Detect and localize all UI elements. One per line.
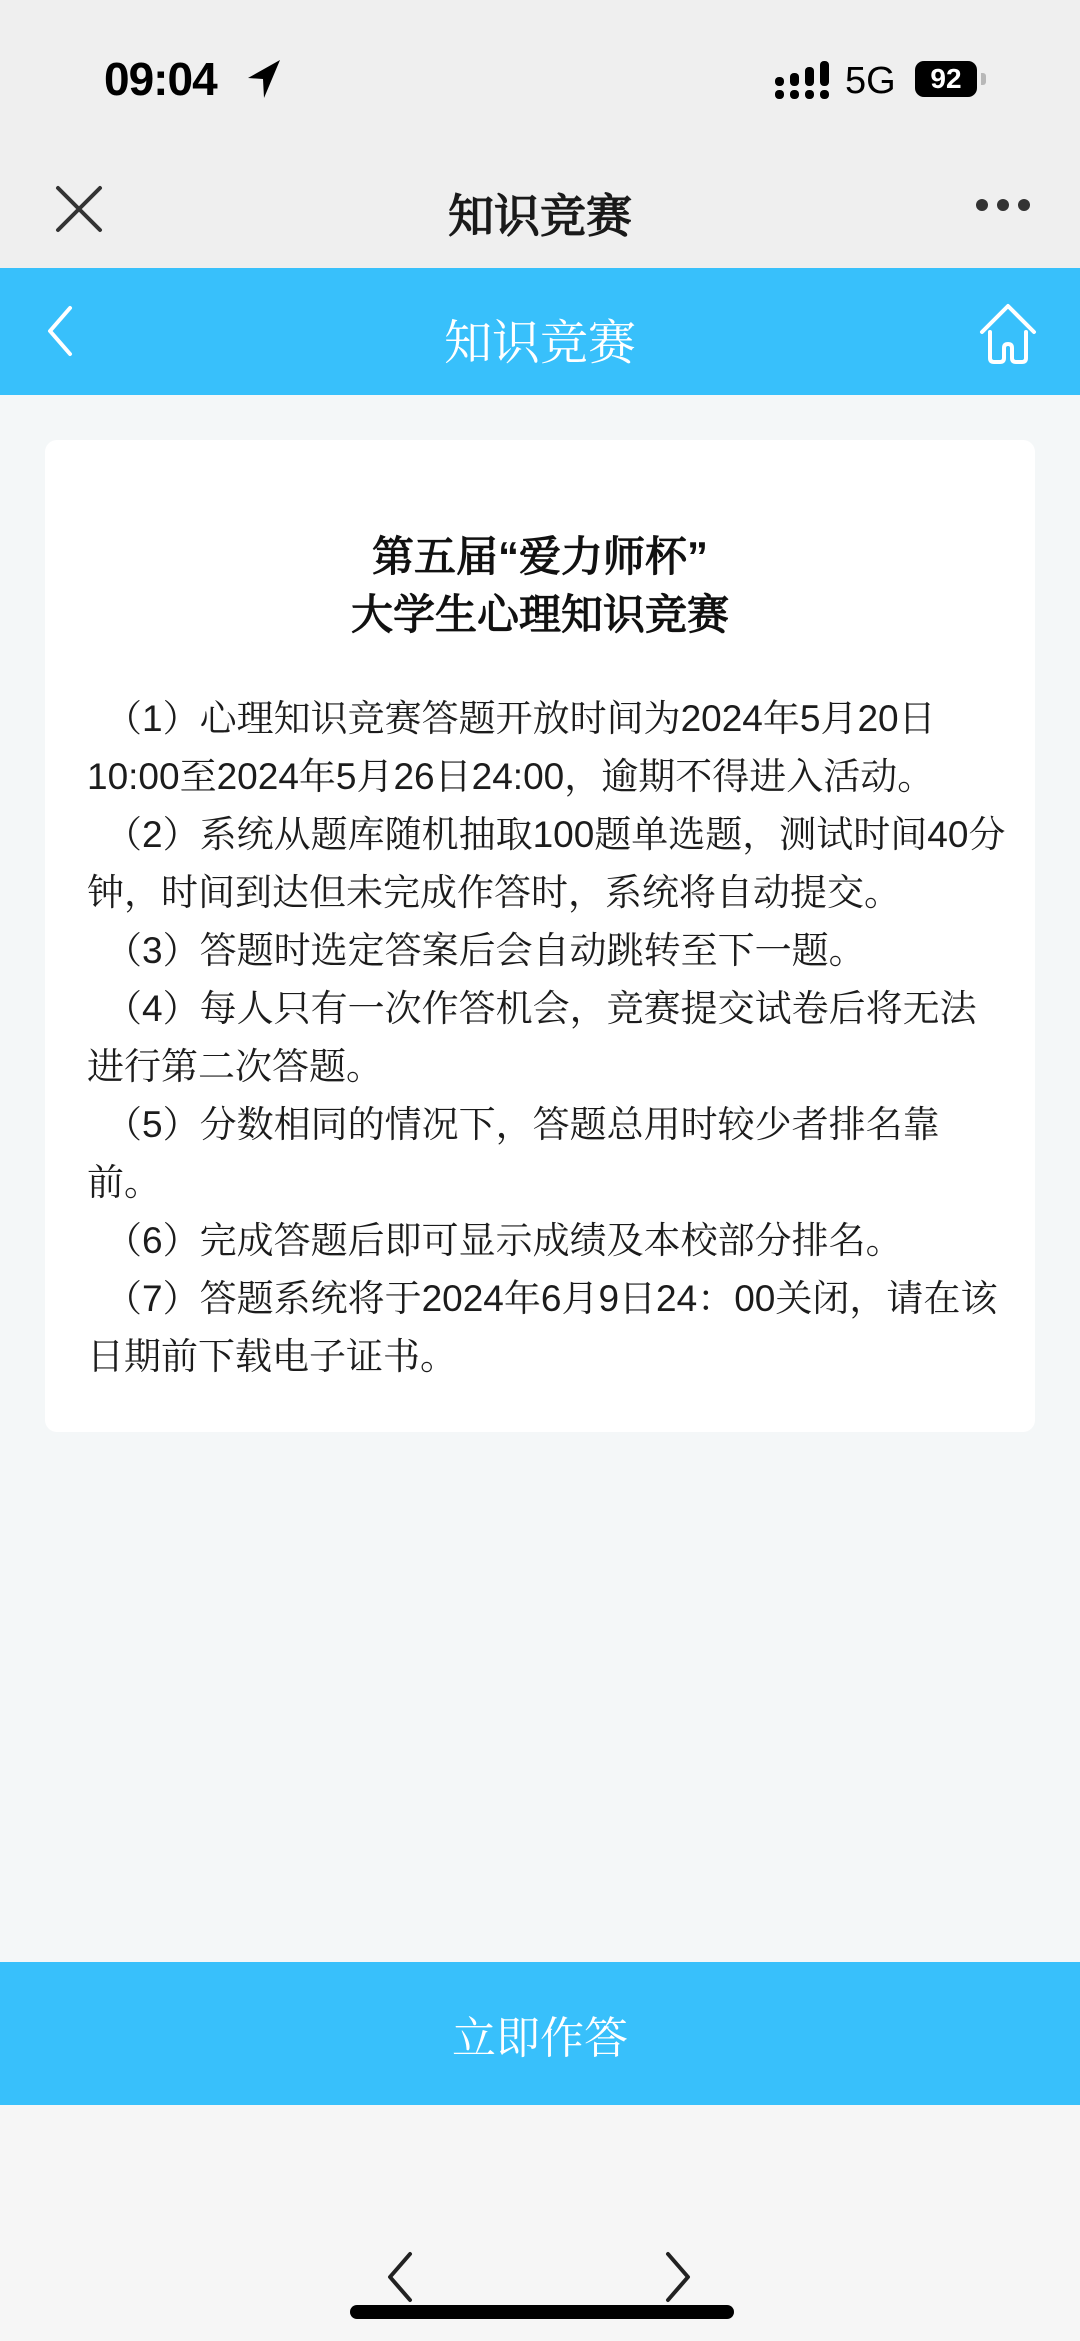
network-type: 5G	[845, 60, 896, 103]
home-indicator[interactable]	[350, 2305, 734, 2319]
rule-item: （7）答题系统将于2024年6月9日24：00关闭，请在该日期前下载电子证书。	[87, 1270, 1007, 1386]
rule-item: （3）答题时选定答案后会自动跳转至下一题。	[87, 922, 1007, 980]
battery-tip	[981, 73, 986, 85]
browser-nav-bar: 知识竞赛	[0, 160, 1080, 268]
browser-title: 知识竞赛	[0, 180, 1080, 246]
status-time: 09:04	[104, 52, 217, 106]
page-title: 知识竞赛	[0, 304, 1080, 373]
status-bar: 09:04 5G 92	[0, 0, 1080, 160]
contest-title-line1: 第五届“爱力师杯”	[45, 528, 1035, 586]
rule-item: （2）系统从题库随机抽取100题单选题，测试时间40分钟，时间到达但未完成作答时…	[87, 806, 1007, 922]
rule-item: （6）完成答题后即可显示成绩及本校部分排名。	[87, 1212, 1007, 1270]
battery-indicator: 92	[915, 61, 977, 97]
app-header: 知识竞赛	[0, 268, 1080, 395]
home-icon[interactable]	[978, 302, 1038, 366]
rules-list: （1）心理知识竞赛答题开放时间为2024年5月20日10:00至2024年5月2…	[87, 690, 1007, 1386]
chevron-left-icon[interactable]	[382, 2250, 416, 2304]
cellular-signal-icon	[775, 61, 831, 101]
contest-title-line2: 大学生心理知识竞赛	[45, 586, 1035, 644]
contest-info-card: 第五届“爱力师杯” 大学生心理知识竞赛 （1）心理知识竞赛答题开放时间为2024…	[45, 440, 1035, 1432]
chevron-right-icon[interactable]	[662, 2250, 696, 2304]
start-answer-button[interactable]: 立即作答	[0, 1962, 1080, 2105]
more-icon[interactable]	[975, 196, 1031, 214]
location-arrow-icon	[246, 58, 282, 100]
rule-item: （5）分数相同的情况下，答题总用时较少者排名靠前。	[87, 1096, 1007, 1212]
rule-item: （4）每人只有一次作答机会，竞赛提交试卷后将无法进行第二次答题。	[87, 980, 1007, 1096]
rule-item: （1）心理知识竞赛答题开放时间为2024年5月20日10:00至2024年5月2…	[87, 690, 1007, 806]
contest-title: 第五届“爱力师杯” 大学生心理知识竞赛	[45, 528, 1035, 644]
battery-level: 92	[930, 63, 961, 95]
